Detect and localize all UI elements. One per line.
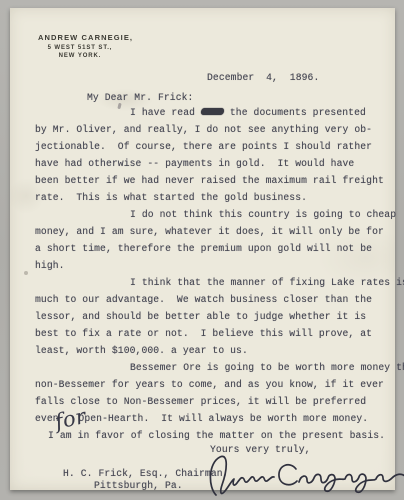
typed-text: been better if we had never raised the m… <box>35 175 384 186</box>
salutation: My Dear Mr. Frick: <box>87 92 193 103</box>
letter-photo: ANDREW CARNEGIE, 5 WEST 51ST ST., NEW YO… <box>0 0 404 500</box>
signature-andrew-carnegie <box>200 449 404 500</box>
body-line: I do not think this country is going to … <box>35 206 397 223</box>
body-line: much to our advantage. We watch business… <box>35 291 397 308</box>
typed-text: Open-Hearth. It will always be worth mor… <box>78 413 368 424</box>
typed-text: much to our advantage. We watch business… <box>35 294 372 305</box>
typed-text: jectionable. Of course, there are points… <box>35 141 372 152</box>
body-line: best to fix a rate or not. I believe thi… <box>35 325 397 342</box>
body-line: jectionable. Of course, there are points… <box>35 138 397 155</box>
typed-text: money, and I am sure, whatever it does, … <box>35 226 384 237</box>
recipient-city: Pittsburgh, Pa. <box>94 480 183 491</box>
typed-text: rate. This is what started the gold busi… <box>35 192 307 203</box>
body-line: I have read the documents presented <box>35 104 397 121</box>
body-line: I think that the manner of fixing Lake r… <box>35 274 397 291</box>
body-line: high. <box>35 257 397 274</box>
handwritten-insert: for <box>53 408 87 431</box>
body-line: been better if we had never raised the m… <box>35 172 397 189</box>
obliterated-word <box>200 108 224 115</box>
typed-text: best to fix a rate or not. I believe thi… <box>35 328 372 339</box>
body-line: Bessemer Ore is going to be worth more m… <box>35 359 397 376</box>
typed-text: a short time, therefore the premium upon… <box>35 243 372 254</box>
letterhead: ANDREW CARNEGIE, 5 WEST 51ST ST., NEW YO… <box>38 33 122 59</box>
typed-text: the documents presented <box>224 107 366 118</box>
typed-text: non-Bessemer for years to come, and as y… <box>35 379 384 390</box>
body-line: rate. This is what started the gold busi… <box>35 189 397 206</box>
body-line: by Mr. Oliver, and really, I do not see … <box>35 121 397 138</box>
letterhead-street: 5 WEST 51ST ST., <box>38 45 122 51</box>
typed-text: by Mr. Oliver, and really, I do not see … <box>35 124 372 135</box>
body-line: evenforOpen-Hearth. It will always be wo… <box>35 410 397 427</box>
date-line: December 4, 1896. <box>207 72 319 83</box>
body-line: a short time, therefore the premium upon… <box>35 240 397 257</box>
typed-text: Bessemer Ore is going to be worth more m… <box>130 362 404 373</box>
body-line: money, and I am sure, whatever it does, … <box>35 223 397 240</box>
typed-text: I am in favor of closing the matter on t… <box>48 430 385 441</box>
typed-text: have had otherwise -- payments in gold. … <box>35 158 354 169</box>
typed-text: I do not think this country is going to … <box>130 209 396 220</box>
signature-ink-stroke <box>200 449 404 500</box>
paper-speck <box>24 271 28 275</box>
body-line: have had otherwise -- payments in gold. … <box>35 155 397 172</box>
typed-text: falls close to Non-Bessemer prices, it w… <box>35 396 366 407</box>
body-line: least, worth $100,000. a year to us. <box>35 342 397 359</box>
letter-paper: ANDREW CARNEGIE, 5 WEST 51ST ST., NEW YO… <box>10 8 395 490</box>
typed-text: lessor, and should be better able to jud… <box>35 311 366 322</box>
typed-text: I have read <box>130 107 201 118</box>
typed-text: least, worth $100,000. a year to us. <box>35 345 248 356</box>
letter-body: I have read the documents presentedby Mr… <box>35 104 397 444</box>
typed-text: high. <box>35 260 65 271</box>
body-line: lessor, and should be better able to jud… <box>35 308 397 325</box>
typed-text: I think that the manner of fixing Lake r… <box>130 277 404 288</box>
body-line: I am in favor of closing the matter on t… <box>35 427 397 444</box>
body-line: falls close to Non-Bessemer prices, it w… <box>35 393 397 410</box>
letterhead-city: NEW YORK. <box>38 53 122 59</box>
body-line: non-Bessemer for years to come, and as y… <box>35 376 397 393</box>
letterhead-name: ANDREW CARNEGIE, <box>38 33 122 42</box>
